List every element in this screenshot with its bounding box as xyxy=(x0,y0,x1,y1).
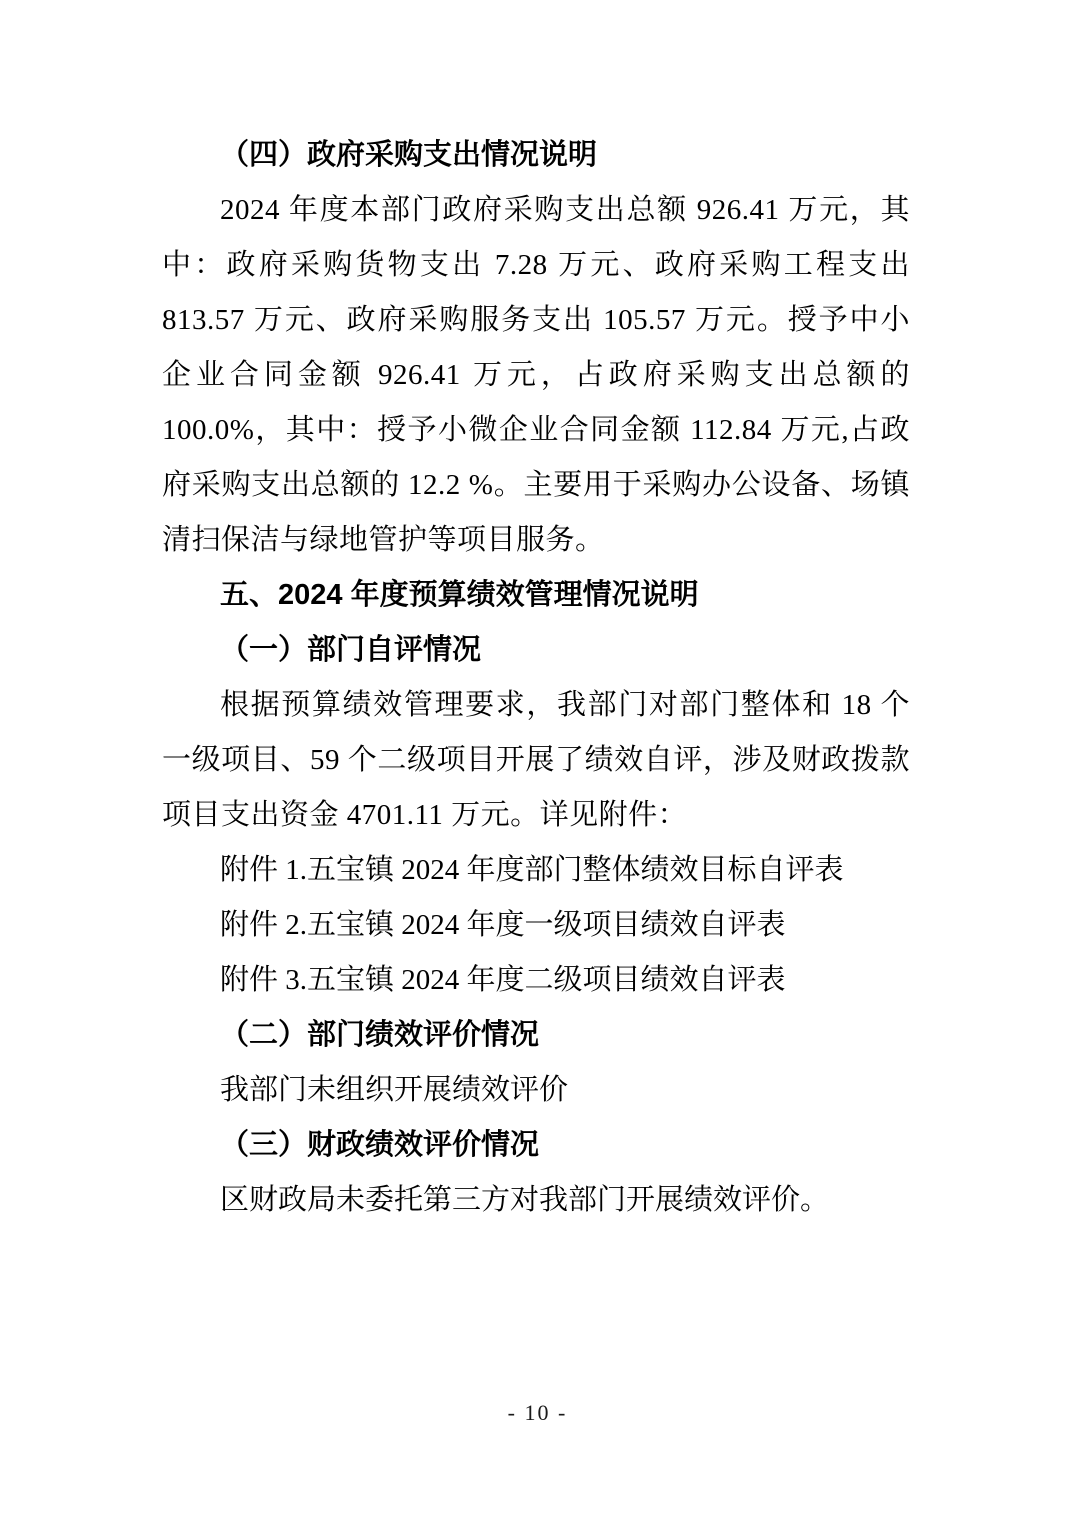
government-procurement-paragraph: 2024 年度本部门政府采购支出总额 926.41 万元，其中：政府采购货物支出… xyxy=(162,183,910,568)
finance-evaluation-paragraph: 区财政局未委托第三方对我部门开展绩效评价。 xyxy=(162,1173,910,1228)
page-number: - 10 - xyxy=(0,1398,1075,1428)
subsection-heading-finance-evaluation: （三）财政绩效评价情况 xyxy=(162,1118,910,1173)
attachment-item-3: 附件 3.五宝镇 2024 年度二级项目绩效自评表 xyxy=(162,953,910,1008)
subsection-heading-self-evaluation: （一）部门自评情况 xyxy=(162,623,910,678)
chapter-heading-budget-performance: 五、2024 年度预算绩效管理情况说明 xyxy=(162,568,910,623)
attachment-item-1: 附件 1.五宝镇 2024 年度部门整体绩效目标自评表 xyxy=(162,843,910,898)
document-content: （四）政府采购支出情况说明 2024 年度本部门政府采购支出总额 926.41 … xyxy=(162,128,910,1228)
department-evaluation-paragraph: 我部门未组织开展绩效评价 xyxy=(162,1063,910,1118)
self-evaluation-paragraph: 根据预算绩效管理要求，我部门对部门整体和 18 个一级项目、59 个二级项目开展… xyxy=(162,678,910,843)
section-heading-government-procurement: （四）政府采购支出情况说明 xyxy=(162,128,910,183)
document-page: （四）政府采购支出情况说明 2024 年度本部门政府采购支出总额 926.41 … xyxy=(0,0,1075,1520)
subsection-heading-department-evaluation: （二）部门绩效评价情况 xyxy=(162,1008,910,1063)
attachment-item-2: 附件 2.五宝镇 2024 年度一级项目绩效自评表 xyxy=(162,898,910,953)
